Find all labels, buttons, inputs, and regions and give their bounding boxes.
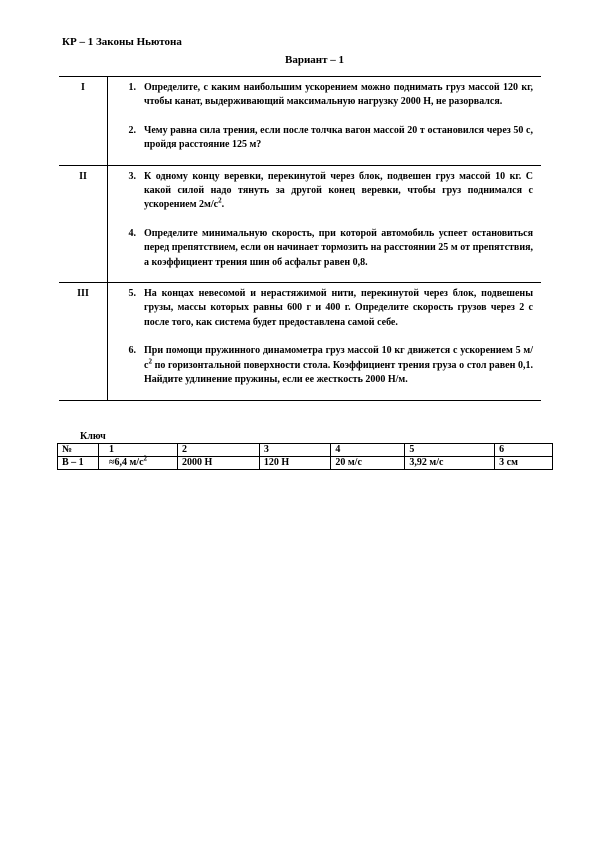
section-body: 1. Определите, с каким наибольшим ускоре… (108, 77, 542, 166)
task-number: 2. (108, 124, 144, 153)
answer-cell: 20 м/с (331, 457, 405, 470)
row-label-cell: В – 1 (58, 457, 99, 470)
task-item: 5. На концах невесомой и нерастяжимой ни… (108, 287, 533, 330)
section-label: III (59, 283, 108, 400)
task-number: 3. (108, 170, 144, 213)
superscript: 2 (144, 455, 148, 463)
answer-cell: 2000 Н (178, 457, 260, 470)
header-cell: № (58, 444, 99, 457)
answer-key-header-row: № 1 2 3 4 5 6 (58, 444, 553, 457)
task-text: При помощи пружинного динамометра груз м… (144, 344, 533, 387)
task-text-part: по горизонтальной поверхности стола. Коэ… (144, 360, 533, 385)
task-text: Определите минимальную скорость, при кот… (144, 227, 533, 270)
answer-cell: ≈6,4 м/с2 (99, 457, 178, 470)
task-number: 6. (108, 344, 144, 387)
answer-key-label: Ключ (80, 431, 106, 442)
header-cell: 2 (178, 444, 260, 457)
header-cell: 5 (405, 444, 495, 457)
task-item: 4. Определите минимальную скорость, при … (108, 227, 533, 270)
section-row: III 5. На концах невесомой и нерастяжимо… (59, 283, 541, 400)
task-text-part: К одному концу веревки, перекинутой чере… (144, 171, 533, 211)
answer-cell: 3 см (495, 457, 553, 470)
task-item: 2. Чему равна сила трения, если после то… (108, 124, 533, 153)
task-text-part: . (222, 199, 225, 210)
answer-key-row: В – 1 ≈6,4 м/с2 2000 Н 120 Н 20 м/с 3,92… (58, 457, 553, 470)
answer-cell: 120 Н (259, 457, 330, 470)
tasks-table: I 1. Определите, с каким наибольшим уско… (59, 76, 541, 401)
task-number: 4. (108, 227, 144, 270)
section-label: I (59, 77, 108, 166)
variant-heading: Вариант – 1 (285, 54, 344, 66)
answer-cell: 3,92 м/с (405, 457, 495, 470)
section-label: II (59, 165, 108, 282)
header-cell: 1 (99, 444, 178, 457)
task-text: На концах невесомой и нерастяжимой нити,… (144, 287, 533, 330)
answer-key-table: № 1 2 3 4 5 6 В – 1 ≈6,4 м/с2 2000 Н 120… (57, 443, 553, 470)
task-item: 3. К одному концу веревки, перекинутой ч… (108, 170, 533, 213)
task-number: 1. (108, 81, 144, 110)
section-row: I 1. Определите, с каким наибольшим уско… (59, 77, 541, 166)
header-cell: 3 (259, 444, 330, 457)
task-number: 5. (108, 287, 144, 330)
task-text: Чему равна сила трения, если после толчк… (144, 124, 533, 153)
task-item: 6. При помощи пружинного динамометра гру… (108, 344, 533, 387)
header-cell: 4 (331, 444, 405, 457)
document-title: КР – 1 Законы Ньютона (62, 36, 182, 48)
task-text: Определите, с каким наибольшим ускорение… (144, 81, 533, 110)
task-text: К одному концу веревки, перекинутой чере… (144, 170, 533, 213)
header-cell: 6 (495, 444, 553, 457)
task-item: 1. Определите, с каким наибольшим ускоре… (108, 81, 533, 110)
section-body: 3. К одному концу веревки, перекинутой ч… (108, 165, 542, 282)
section-body: 5. На концах невесомой и нерастяжимой ни… (108, 283, 542, 400)
section-row: II 3. К одному концу веревки, перекинуто… (59, 165, 541, 282)
answer-text: ≈6,4 м/с (109, 457, 144, 468)
